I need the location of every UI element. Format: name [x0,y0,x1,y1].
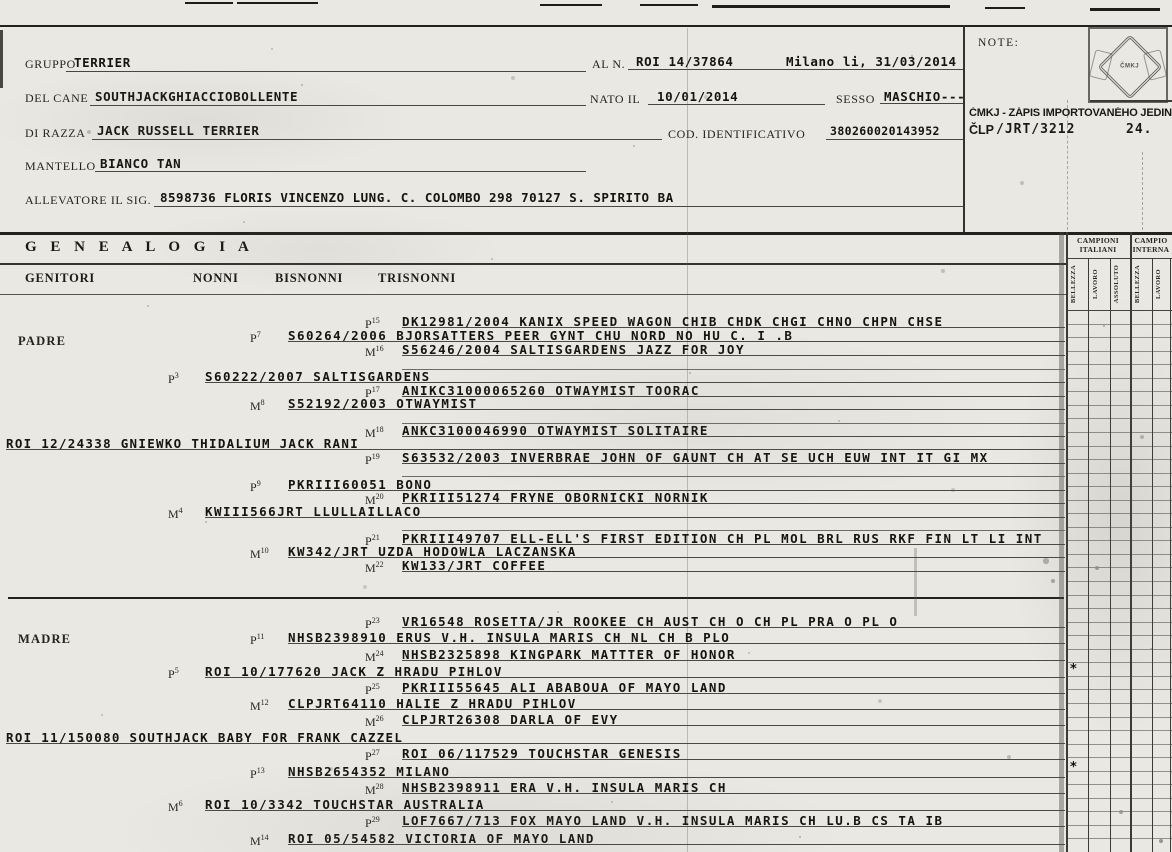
scan-edge-mark [1090,8,1160,11]
pedigree-entry-name: KW133/JRT COFFEE [402,558,1065,573]
pedigree-entry: DK12981/2004 KANIX SPEED WAGON CHIB CHDK… [402,314,1065,328]
grid-row-line [1066,621,1172,623]
grid-row-line [1066,499,1172,501]
grid-column-line [1170,258,1171,852]
del-cane-label: DEL CANE [25,91,88,106]
grid-row-line [1066,390,1172,392]
scan-edge-mark [985,7,1025,9]
al-n-label: AL N. [592,57,625,72]
pedigree-entry-code: P27 [365,746,380,763]
pedigree-entry: S63532/2003 INVERBRAE JOHN OF GAUNT CH A… [402,450,1065,464]
field-underline [95,171,586,172]
subcolumn-label-lavoro: LAVORO [1092,259,1106,309]
pedigree-entry-name: NHSB2398911 ERA V.H. INSULA MARIS CH [402,780,1065,795]
pedigree-entry-code: P29 [365,813,380,830]
pedigree-entry: PKRIII55645 ALI ABABOUA OF MAYO LAND [402,680,1065,694]
genealogia-title: G E N E A L O G I A [25,239,254,256]
pedigree-entry: LOF7667/713 FOX MAYO LAND V.H. INSULA MA… [402,813,1065,827]
field-underline [880,103,965,104]
grid-row-line [1066,770,1172,772]
di-razza-label: DI RAZZA [25,126,85,141]
clp-extra-number: 24. [1126,122,1152,137]
field-underline [66,71,586,72]
column-header-bisnonni: BISNONNI [275,271,343,286]
grid-row-line [1066,648,1172,650]
pedigree-entry-code: P11 [250,630,264,647]
pedigree-entry: NHSB2398910 ERUS V.H. INSULA MARIS CH NL… [288,630,1065,644]
gruppo-value: TERRIER [74,55,131,70]
grid-row-line [1066,323,1172,325]
grid-row-line [1066,404,1172,406]
pedigree-entry-code: M22 [365,558,384,575]
champions-grid: CAMPIONIITALIANI CAMPIOINTERNA BELLEZZAL… [1066,232,1172,852]
pedigree-entry: S60222/2007 SALTISGARDENS [205,369,1065,383]
pedigree-entry-name: CLPJRT26308 DARLA OF EVY [402,712,1065,727]
note-box-left-border [963,25,965,232]
pedigree-entry: KW133/JRT COFFEE [402,558,1065,572]
pedigree-entry-name: DK12981/2004 KANIX SPEED WAGON CHIB CHDK… [402,314,1065,329]
grid-row-line [1066,472,1172,474]
pedigree-ruled-line [402,410,1065,424]
champion-mark-asterisk: * [1070,662,1077,677]
note-dashed-line [1067,100,1068,230]
grid-row-line [1066,445,1172,447]
pedigree-entry: NHSB2654352 MILANO [288,764,1065,778]
grid-row-line [1066,675,1172,677]
section-divider-line [0,232,1172,235]
champions-internazionali-header: CAMPIOINTERNA [1130,233,1172,258]
pedigree-entry-code: M24 [365,647,384,664]
pedigree-entry-name: KW342/JRT UZDA HODOWLA LACZANSKA [288,544,1065,559]
allevatore-label: ALLEVATORE IL SIG. [25,193,151,208]
grid-row-line [1066,363,1172,365]
grid-row-line [1066,743,1172,745]
al-n-value: ROI 14/37864 [636,54,734,69]
pedigree-entry-name: PKRIII55645 ALI ABABOUA OF MAYO LAND [402,680,1065,695]
pedigree-entry-name: S52192/2003 OTWAYMIST [288,396,1065,411]
pedigree-entry-code: P19 [365,450,380,467]
pedigree-entry: CLPJRT64110 HALIE Z HRADU PIHLOV [288,696,1065,710]
column-header-trisnonni: TRISNONNI [378,271,456,286]
pedigree-entry: ROI 12/24338 GNIEWKO THIDALIUM JACK RANI [6,436,1065,450]
pedigree-entry-name: S60222/2007 SALTISGARDENS [205,369,1065,384]
top-border-line [0,25,1172,27]
note-dashed-line [1142,152,1143,230]
field-underline [648,104,825,105]
scan-edge-mark [540,4,602,6]
cmkj-stamp-icon: ČMKJ [1088,27,1168,103]
di-razza-value: JACK RUSSELL TERRIER [97,123,260,138]
pedigree-entry-code: P5 [168,664,179,681]
grid-row-line [1066,634,1172,636]
grid-column-line [1088,258,1089,852]
grid-row-line [1066,756,1172,758]
pedigree-entry-name: LOF7667/713 FOX MAYO LAND V.H. INSULA MA… [402,813,1065,828]
pedigree-entry-name: ROI 11/150080 SOUTHJACK BABY FOR FRANK C… [6,730,1065,745]
grid-row-line [1066,783,1172,785]
pedigree-entry-code: M14 [250,831,269,848]
pedigree-entry: PKRIII49707 ELL-ELL'S FIRST EDITION CH P… [402,531,1065,545]
pedigree-entry-name: NHSB2325898 KINGPARK MATTTER OF HONOR [402,647,1065,662]
grid-row-line [1066,431,1172,433]
pedigree-entry: S52192/2003 OTWAYMIST [288,396,1065,410]
grid-row-line [1066,350,1172,352]
grid-column-line [1152,258,1153,852]
champion-mark-asterisk: * [1070,760,1077,775]
pedigree-entry-name: CLPJRT64110 HALIE Z HRADU PIHLOV [288,696,1065,711]
import-registration-line: ČMKJ - ZÁPIS IMPORTOVANÉHO JEDINCE [969,107,1172,119]
grid-row-line [1066,580,1172,582]
pedigree-entry-code: M26 [365,712,384,729]
pedigree-entry: ROI 06/117529 TOUCHSTAR GENESIS [402,746,1065,760]
grid-row-line [1066,553,1172,555]
pedigree-entry-name: ROI 12/24338 GNIEWKO THIDALIUM JACK RANI [6,436,1065,451]
pedigree-ruled-line [402,463,1065,477]
pedigree-entry-name: PKRIII51274 FRYNE OBORNICKI NORNIK [402,490,1065,505]
pedigree-entry: ROI 10/3342 TOUCHSTAR AUSTRALIA [205,797,1065,811]
note-label: NOTE: [978,37,1019,49]
pedigree-entry-code: M10 [250,544,269,561]
pedigree-entry-name: ROI 10/177620 JACK Z HRADU PIHLOV [205,664,1065,679]
pedigree-ruled-line [402,517,1065,531]
pedigree-entry-code: P23 [365,614,380,631]
grid-row-line [1066,485,1172,487]
pedigree-entry: VR16548 ROSETTA/JR ROOKEE CH AUST CH O C… [402,614,1065,628]
pedigree-entry-code: M8 [250,396,265,413]
pedigree-entry: PKRIII51274 FRYNE OBORNICKI NORNIK [402,490,1065,504]
grid-column-line [1066,232,1068,852]
del-cane-value: SOUTHJACKGHIACCIOBOLLENTE [95,89,298,104]
pedigree-entry: S56246/2004 SALTISGARDENS JAZZ FOR JOY [402,342,1065,356]
pedigree-entry-name: S56246/2004 SALTISGARDENS JAZZ FOR JOY [402,342,1065,357]
field-underline [628,69,965,70]
grid-row-line [1066,810,1172,812]
pedigree-entry-code: M16 [365,342,384,359]
grid-row-line [1066,594,1172,596]
subcolumn-label-bellezza: BELLEZZA [1134,259,1148,309]
mantello-value: BIANCO TAN [100,156,181,171]
column-header-genitori: GENITORI [25,271,95,286]
madre-label: MADRE [18,632,71,647]
grid-row-line [1066,458,1172,460]
field-underline [826,139,965,140]
pedigree-entry-name: VR16548 ROSETTA/JR ROOKEE CH AUST CH O C… [402,614,1065,629]
pedigree-entry: ANIKC31000065260 OTWAYMIST TOORAC [402,383,1065,397]
allevatore-value: 8598736 FLORIS VINCENZO LUNG. C. COLOMBO… [160,190,674,205]
pedigree-entry-code: M28 [365,780,384,797]
gruppo-label: GRUPPO [25,57,76,72]
pedigree-entry-code: M12 [250,696,269,713]
place-date-value: Milano li, 31/03/2014 [786,54,957,69]
grid-row-line [1066,716,1172,718]
pedigree-entry-code: P3 [168,369,179,386]
pedigree-entry-name: ROI 06/117529 TOUCHSTAR GENESIS [402,746,1065,761]
pedigree-entry: NHSB2325898 KINGPARK MATTTER OF HONOR [402,647,1065,661]
cod-identificativo-label: COD. IDENTIFICATIVO [668,127,805,142]
subcolumn-label-assoluto: ASSOLUTO [1113,259,1127,309]
sesso-label: SESSO [836,92,875,107]
grid-column-line [1110,258,1111,852]
champions-italiani-header: CAMPIONIITALIANI [1066,233,1130,258]
scan-edge-mark [185,2,233,4]
grid-row-line [1066,824,1172,826]
pedigree-entry-code: P9 [250,477,261,494]
pedigree-entry-name: NHSB2398910 ERUS V.H. INSULA MARIS CH NL… [288,630,1065,645]
pedigree-ruled-line [402,356,1065,370]
sesso-value: MASCHIO--- [884,89,965,104]
grid-row-line [1066,797,1172,799]
pedigree-entry: NHSB2398911 ERA V.H. INSULA MARIS CH [402,780,1065,794]
nato-il-value: 10/01/2014 [657,89,738,104]
column-header-underline [0,294,1066,295]
pedigree-entry: S60264/2006 BJORSATTERS PEER GYNT CHU NO… [288,328,1065,342]
scan-edge-mark [640,4,698,6]
pedigree-entry: ROI 11/150080 SOUTHJACK BABY FOR FRANK C… [6,730,1065,744]
pedigree-entry-name: S60264/2006 BJORSATTERS PEER GYNT CHU NO… [288,328,1065,343]
grid-column-line [1130,232,1132,852]
grid-row-line [1066,566,1172,568]
pedigree-certificate-scan: GRUPPO TERRIER AL N. ROI 14/37864 Milano… [0,0,1172,852]
pedigree-entry-name: NHSB2654352 MILANO [288,764,1065,779]
pedigree-entry: KWIII566JRT LLULLAILLACO [205,504,1065,518]
grid-line [1066,310,1172,311]
field-underline [154,206,965,207]
field-underline [92,139,662,140]
clp-label: ČLP [969,123,994,137]
pedigree-entry-name: ROI 10/3342 TOUCHSTAR AUSTRALIA [205,797,1065,812]
grid-row-line [1066,661,1172,663]
pedigree-entry: ANKC3100046990 OTWAYMIST SOLITAIRE [402,423,1065,437]
grid-row-line [1066,417,1172,419]
pedigree-entry-code: M6 [168,797,183,814]
nato-il-label: NATO IL [590,92,640,107]
subcolumn-label-bellezza: BELLEZZA [1070,259,1084,309]
grid-row-line [1066,526,1172,528]
scan-noise-speckles [0,0,2,2]
scan-edge-mark [712,5,950,8]
grid-row-line [1066,336,1172,338]
grid-row-line [1066,539,1172,541]
pedigree-entry-code: P7 [250,328,261,345]
pedigree-entry: PKRIII60051 BONO [288,477,1065,491]
grid-row-line [1066,702,1172,704]
grid-row-line [1066,729,1172,731]
grid-row-line [1066,837,1172,839]
pedigree-entry-name: ROI 05/54582 VICTORIA OF MAYO LAND [288,831,1065,846]
pedigree-entry-code: P13 [250,764,265,781]
clp-number-value: /JRT/3212 [996,122,1075,137]
cod-identificativo-value: 380260020143952 [830,124,940,138]
title-underline [0,263,1066,265]
subcolumn-label-lavoro: LAVORO [1155,259,1169,309]
scan-edge-mark [0,30,3,88]
stamp-seal-icon: ČMKJ [1097,34,1162,99]
scan-edge-mark [237,2,318,4]
pedigree-entry-code: P25 [365,680,380,697]
pedigree-entry: KW342/JRT UZDA HODOWLA LACZANSKA [288,544,1065,558]
pedigree-entry-code: M4 [168,504,183,521]
pedigree-entry: ROI 05/54582 VICTORIA OF MAYO LAND [288,831,1065,845]
column-header-nonni: NONNI [193,271,239,286]
grid-row-line [1066,377,1172,379]
mantello-label: MANTELLO [25,159,96,174]
padre-madre-divider [8,597,1064,599]
pedigree-entry: ROI 10/177620 JACK Z HRADU PIHLOV [205,664,1065,678]
field-underline [90,105,586,106]
padre-label: PADRE [18,334,66,349]
grid-row-line [1066,688,1172,690]
grid-row-line [1066,607,1172,609]
pedigree-entry: CLPJRT26308 DARLA OF EVY [402,712,1065,726]
grid-row-line [1066,512,1172,514]
